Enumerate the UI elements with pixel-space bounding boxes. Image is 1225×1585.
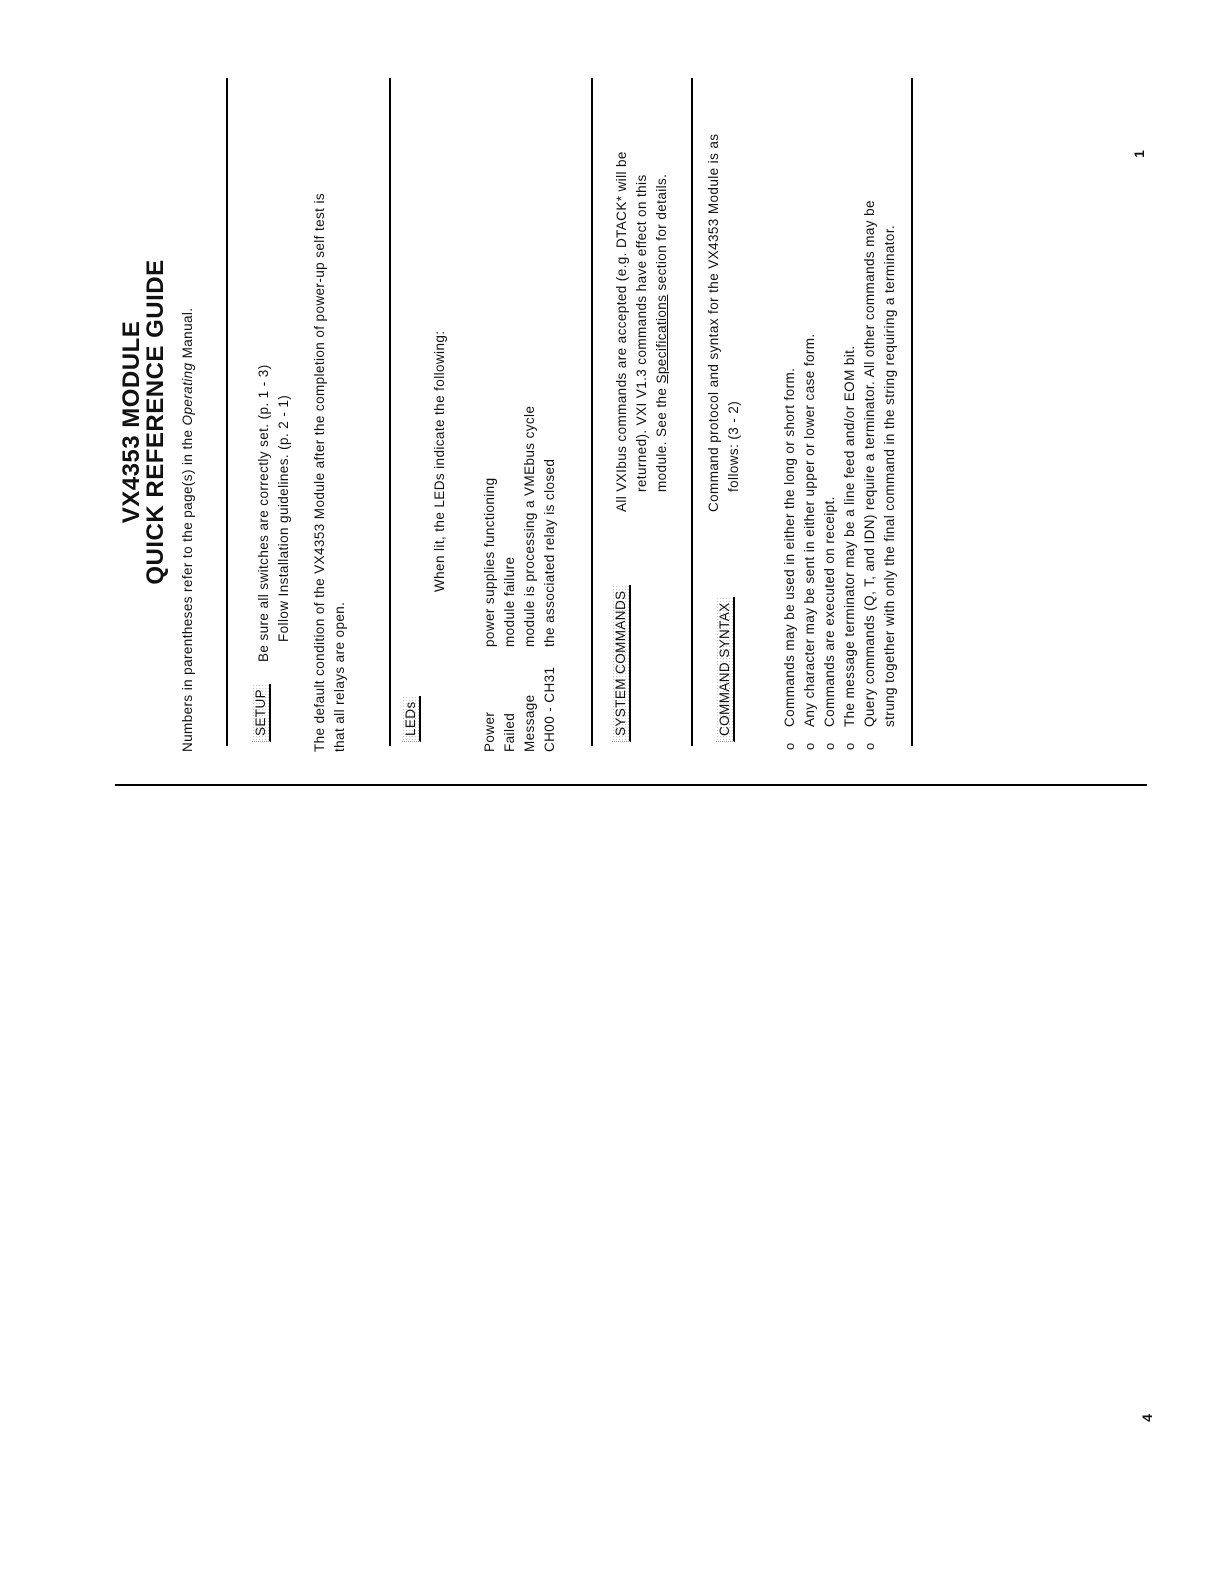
syntax-bullet-2: Any character may be sent in either uppe… xyxy=(802,333,817,727)
bullet-marker: o xyxy=(822,743,837,750)
intro-text: Numbers in parentheses refer to the page… xyxy=(180,308,195,752)
system-commands-line-2: returned). VXI V1.3 commands have effect… xyxy=(634,174,649,492)
section-divider xyxy=(226,78,228,746)
section-divider xyxy=(911,78,913,746)
command-syntax-label: COMMAND SYNTAX xyxy=(716,597,735,742)
led-meaning-failed: module failure xyxy=(502,557,517,647)
default-condition-line-1: The default condition of the VX4353 Modu… xyxy=(312,193,327,752)
bullet-marker: o xyxy=(782,743,797,750)
setup-line-2: Follow Installation guidelines. (p. 2 - … xyxy=(276,395,291,642)
section-divider xyxy=(691,78,693,746)
led-meaning-message: module is processing a VMEbus cycle xyxy=(522,406,537,647)
led-meaning-power: power supplies functioning xyxy=(482,478,497,648)
page-number-bottom: 4 xyxy=(1139,1414,1155,1422)
bullet-marker: o xyxy=(842,743,857,750)
specifications-reference: Specifications xyxy=(654,295,669,384)
system-commands-line-3: module. See the Specifications section f… xyxy=(654,174,669,492)
led-name-power: Power xyxy=(482,712,497,752)
led-name-message: Message xyxy=(522,694,537,752)
setup-label: SETUP xyxy=(252,684,271,742)
syntax-bullet-5: Query commands (Q, T, and IDN) require a… xyxy=(862,200,877,727)
page-fold-line xyxy=(115,784,1147,786)
syntax-bullet-5-continued: strung together with only the final comm… xyxy=(882,225,897,727)
default-condition-line-2: that all relays are open. xyxy=(332,602,347,752)
section-divider xyxy=(591,78,593,746)
document-subtitle: QUICK REFERENCE GUIDE xyxy=(142,62,170,782)
led-name-channels: CH00 - CH31 xyxy=(542,667,557,752)
section-divider xyxy=(389,78,391,746)
system-commands-line-1: All VXIbus commands are accepted (e.g. D… xyxy=(614,151,629,512)
setup-line-1: Be sure all switches are correctly set. … xyxy=(256,364,271,662)
command-syntax-line-1: Command protocol and syntax for the VX43… xyxy=(706,134,721,512)
leds-label: LEDs xyxy=(402,696,421,742)
page-number-top: 1 xyxy=(1131,150,1147,158)
rotated-page-content: VX4353 MODULE QUICK REFERENCE GUIDE Numb… xyxy=(100,62,930,782)
syntax-bullet-3: Commands are executed on receipt. xyxy=(822,496,837,727)
bullet-marker: o xyxy=(802,743,817,750)
led-name-failed: Failed xyxy=(502,713,517,752)
syntax-bullet-4: The message terminator may be a line fee… xyxy=(842,346,857,727)
system-commands-label: SYSTEM COMMANDS xyxy=(612,585,631,742)
leds-intro: When lit, the LEDs indicate the followin… xyxy=(432,331,447,592)
bullet-marker: o xyxy=(862,743,877,750)
led-meaning-channels: the associated relay is closed xyxy=(542,459,557,647)
syntax-bullet-1: Commands may be used in either the long … xyxy=(782,368,797,727)
command-syntax-line-2: follows: (3 - 2) xyxy=(726,401,741,492)
